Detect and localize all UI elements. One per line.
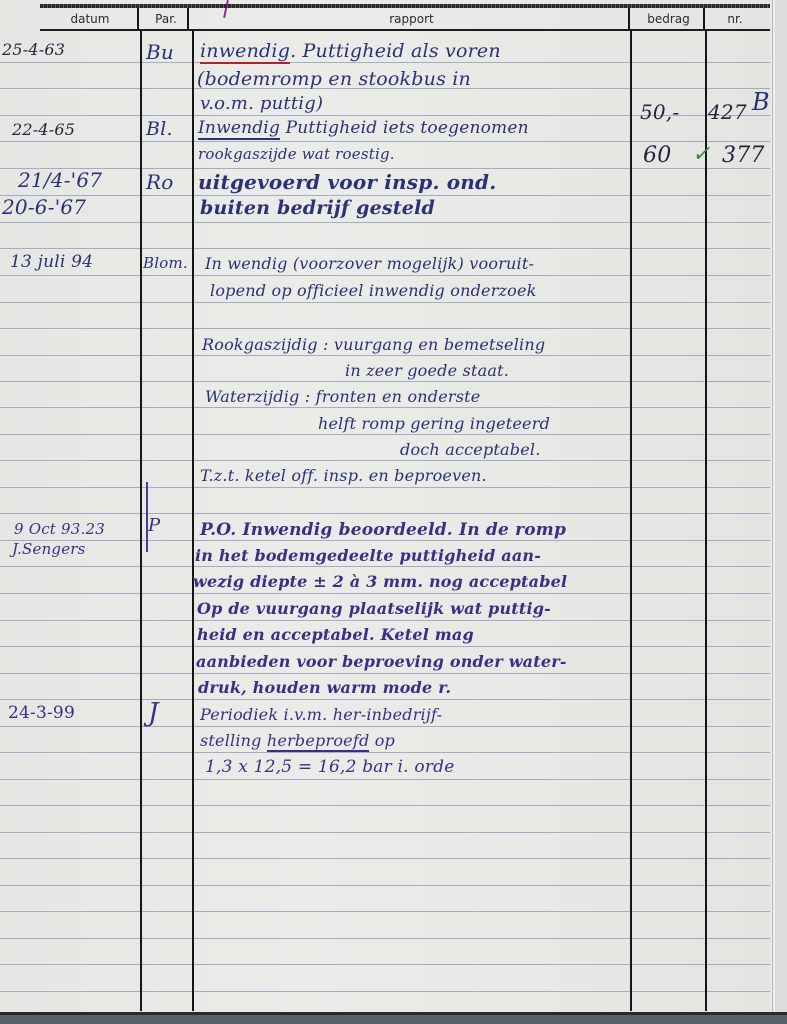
header-divider: [703, 8, 705, 30]
entry-par: Blom.: [143, 254, 188, 272]
entry-rapport-line: stelling herbeproefd op: [200, 731, 395, 750]
entry-date: 13 juli 94: [10, 252, 93, 272]
entry-nr: 377: [722, 143, 765, 168]
entry-rapport-line: Periodiek i.v.m. her-inbedrijf-: [200, 705, 442, 724]
entry-rapport-line: aanbieden voor beproeving onder water-: [196, 652, 567, 671]
entry-rapport-line: in zeer goede staat.: [345, 361, 509, 380]
entry-date: 21/4-'67: [18, 168, 102, 192]
entry-rapport-line: wezig diepte ± 2 à 3 mm. nog acceptabel: [193, 572, 567, 591]
column-header-nr: nr.: [707, 10, 763, 28]
entry-rapport-line: lopend op officieel inwendig onderzoek: [210, 281, 537, 300]
entry-date: 9 Oct 93.23: [14, 520, 105, 538]
entry-bedrag: 50,-: [640, 100, 679, 124]
ruled-line: [0, 911, 770, 912]
entry-rapport-line: helft romp gering ingeteerd: [318, 414, 550, 433]
entry-rapport-line: T.z.t. ketel off. insp. en beproeven.: [200, 466, 487, 485]
ruled-line: [0, 434, 770, 435]
ruled-line: [0, 964, 770, 965]
underlined-word: herbeproefd: [267, 731, 370, 752]
ledger-page: datum Par. rapport bedrag nr. 25-4-63 Bu: [0, 0, 775, 1012]
ruled-line: [0, 355, 770, 356]
entry-nr-suffix: B: [752, 88, 770, 116]
ruled-line: [0, 991, 770, 992]
entry-par: Bl.: [146, 118, 173, 140]
ruled-line: [0, 673, 770, 674]
column-line-par-rapport: [192, 31, 194, 1011]
ruled-line: [0, 222, 770, 223]
header-top-rule: [40, 4, 775, 8]
entry-rapport-line: Waterzijdig : fronten en onderste: [205, 387, 480, 406]
entry-rapport-line: Op de vuurgang plaatselijk wat puttig-: [197, 599, 551, 618]
ruled-line: [0, 328, 770, 329]
entry-rapport-part: op: [369, 731, 395, 750]
ruled-line: [0, 141, 770, 142]
entry-nr: 427: [708, 100, 747, 124]
ruled-line: [0, 566, 770, 567]
underlined-word: inwendig: [200, 40, 290, 64]
ruled-line: [0, 540, 770, 541]
column-header-bedrag: bedrag: [632, 10, 705, 28]
entry-rapport-line: buiten bedrijf gesteld: [200, 197, 435, 219]
ruled-line: [0, 805, 770, 806]
entry-rapport-rest: Puttigheid iets toegenomen: [280, 118, 529, 138]
ruled-line: [0, 168, 770, 169]
entry-bedrag: 60: [643, 143, 671, 168]
header-divider: [187, 8, 189, 30]
entry-rapport-line: uitgevoerd voor insp. ond.: [198, 170, 496, 194]
entry-par: P: [148, 515, 160, 536]
ruled-line: [0, 726, 770, 727]
entry-rapport-line: heid en acceptabel. Ketel mag: [197, 625, 474, 644]
column-header-datum: datum: [42, 10, 138, 28]
ruled-line: [0, 858, 770, 859]
ruled-line: [0, 885, 770, 886]
ruled-line: [0, 832, 770, 833]
ruled-line: [0, 62, 770, 63]
entry-rapport-line: Inwendig Puttigheid iets toegenomen: [198, 118, 529, 138]
ruled-line: [0, 620, 770, 621]
header-divider: [628, 8, 630, 30]
entry-date: 25-4-63: [2, 40, 65, 59]
ruled-line: [0, 779, 770, 780]
entry-rapport-rest: . Puttigheid als voren: [290, 40, 501, 62]
ruled-line: [0, 593, 770, 594]
ruled-line: [0, 248, 770, 249]
check-mark-icon: ✓: [692, 142, 710, 167]
scan-bottom-border: [0, 1012, 787, 1024]
ruled-line: [0, 302, 770, 303]
entry-rapport-line: rookgaszijde wat roestig.: [198, 145, 395, 163]
entry-rapport-line: in het bodemgedeelte puttigheid aan-: [195, 546, 541, 565]
entry-rapport-line: doch acceptabel.: [400, 440, 540, 459]
entry-rapport-line: Rookgaszijdig : vuurgang en bemetseling: [202, 335, 545, 354]
entry-rapport-line: v.o.m. puttig): [200, 93, 323, 114]
ruled-line: [0, 752, 770, 753]
entry-rapport-line: 1,3 x 12,5 = 16,2 bar i. orde: [205, 757, 455, 777]
entry-date: 20-6-'67: [2, 195, 86, 219]
ruled-line: [0, 513, 770, 514]
entry-rapport-line: In wendig (voorzover mogelijk) vooruit-: [205, 254, 534, 273]
entry-rapport-line: druk, houden warm mode r.: [198, 678, 451, 697]
column-header-par: Par.: [141, 10, 191, 28]
column-line-bedrag-nr: [705, 31, 707, 1011]
ruled-line: [0, 460, 770, 461]
entry-par: Bu: [146, 40, 174, 64]
header-divider: [137, 8, 139, 30]
ruled-line: [0, 646, 770, 647]
entry-rapport-line: inwendig. Puttigheid als voren: [200, 40, 501, 62]
entry-rapport-line: P.O. Inwendig beoordeeld. In de romp: [200, 520, 566, 540]
header-bottom-rule: [40, 29, 775, 31]
column-line-rapport-bedrag: [630, 31, 632, 1011]
ruled-line: [0, 275, 770, 276]
entry-rapport-part: stelling: [200, 731, 267, 750]
ruled-line: [0, 381, 770, 382]
entry-rapport-line: (bodemromp en stookbus in: [197, 68, 471, 90]
underlined-word: Inwendig: [198, 118, 280, 140]
ruled-line: [0, 938, 770, 939]
entry-par: J: [148, 698, 159, 728]
entry-signature: J.Sengers: [12, 540, 86, 558]
ruled-line: [0, 699, 770, 700]
column-header-rapport: rapport: [193, 10, 630, 28]
page-edge: [770, 0, 775, 1012]
ruled-line: [0, 195, 770, 196]
ruled-line: [0, 487, 770, 488]
ruled-line: [0, 407, 770, 408]
entry-date: 24-3-99: [8, 703, 75, 723]
entry-par: Ro: [146, 170, 174, 194]
entry-date: 22-4-65: [12, 120, 75, 139]
column-line-datum-par: [140, 31, 142, 1011]
